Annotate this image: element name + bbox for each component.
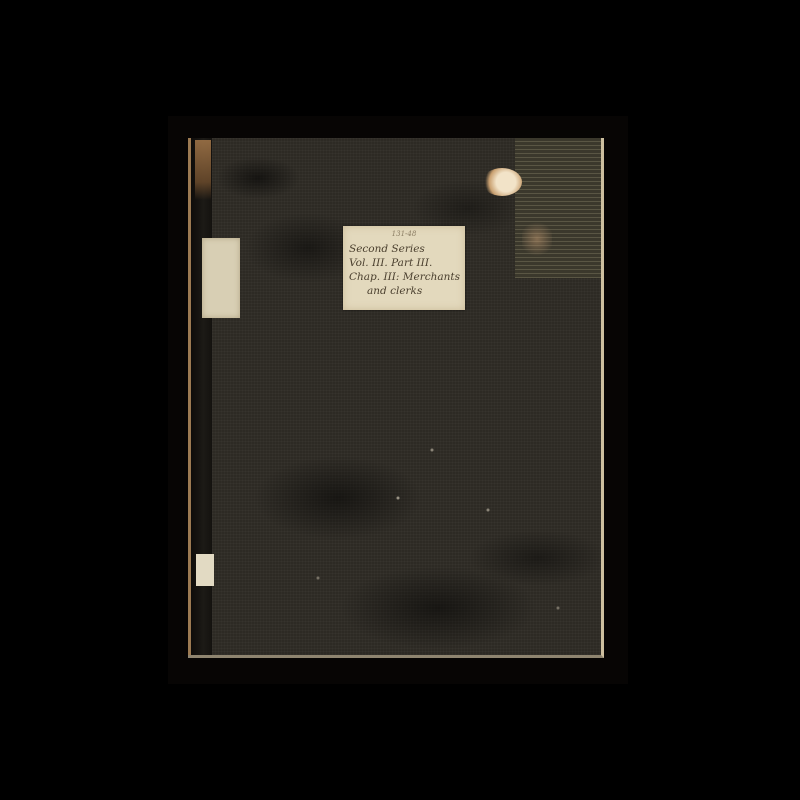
worn-spot <box>522 220 552 258</box>
label-line: Second Series <box>349 242 459 256</box>
spine-paper-label <box>202 238 240 318</box>
worn-spot <box>482 168 522 196</box>
label-line: and clerks <box>349 284 459 298</box>
label-line: Chap. III: Merchants <box>349 270 459 284</box>
label-reference-number: 131-48 <box>349 230 459 238</box>
label-line: Vol. III. Part III. <box>349 256 459 270</box>
cover-paper-label: 131-48 Second Series Vol. III. Part III.… <box>343 226 465 310</box>
notebook-cover: 131-48 Second Series Vol. III. Part III.… <box>188 138 604 658</box>
spine-paper-fragment <box>196 554 214 586</box>
spine-tear <box>195 140 211 200</box>
